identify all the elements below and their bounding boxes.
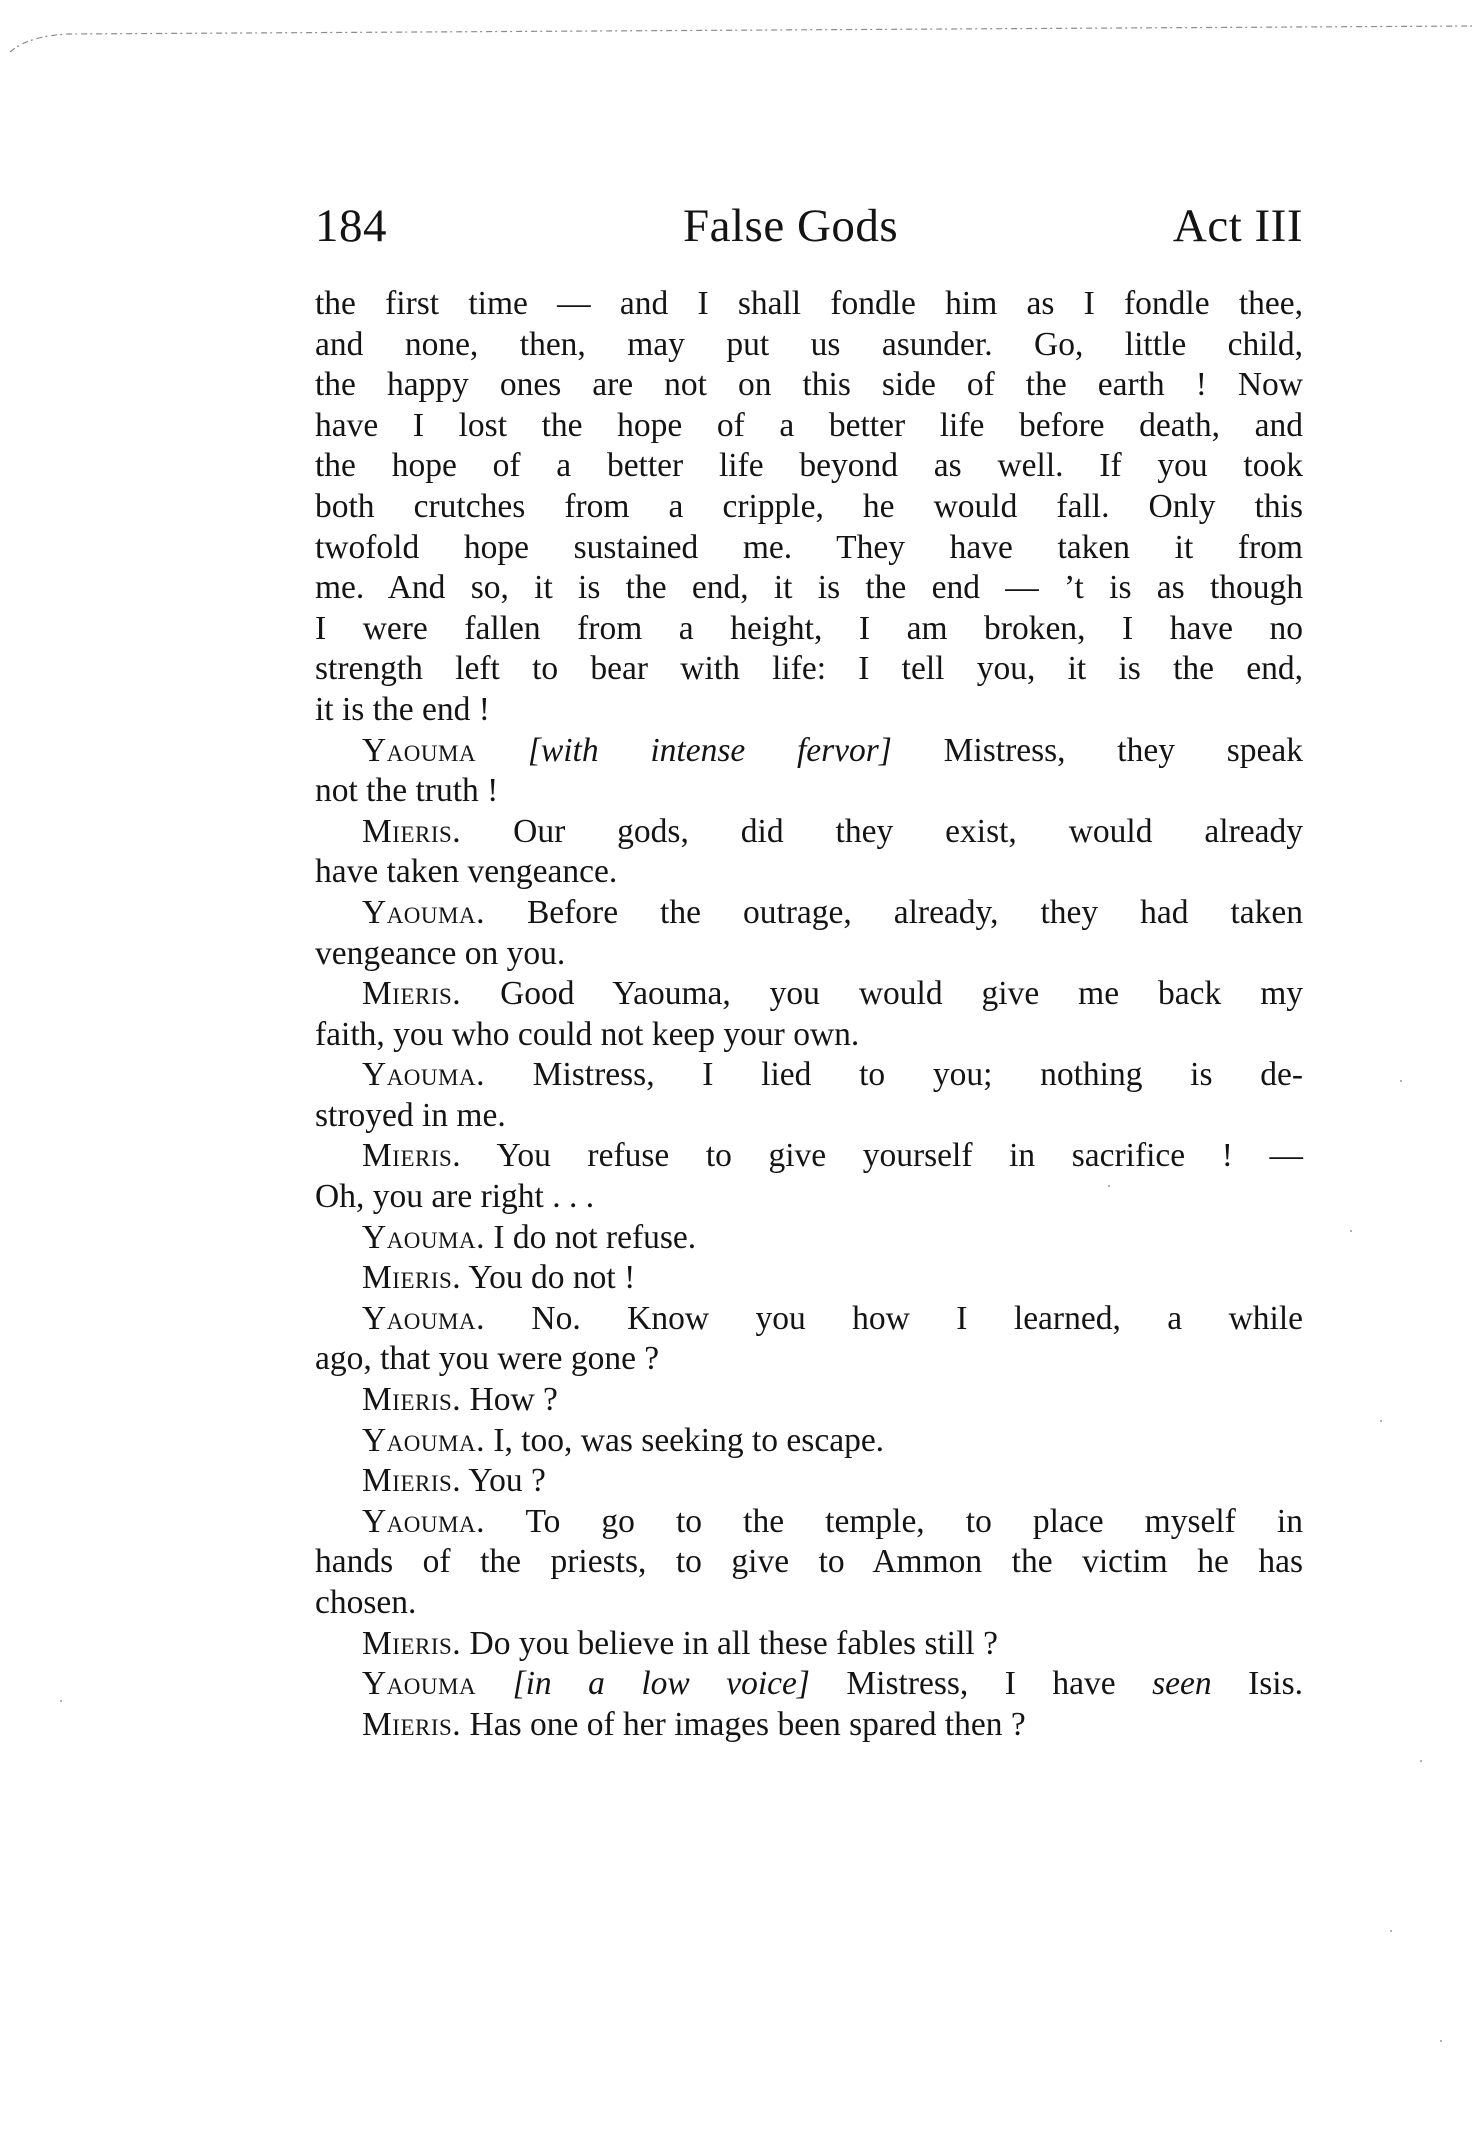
scan-speck xyxy=(60,1700,62,1702)
speech-text: I do not refuse. xyxy=(493,1219,696,1256)
speech-text: I, too, was seeking to escape. xyxy=(493,1422,884,1459)
speaker-name: Yaouma xyxy=(362,732,476,769)
speech-text: Our gods, did they exist, would already xyxy=(513,813,1303,850)
speech-yaouma: Yaouma. No. Know you how I learned, a wh… xyxy=(315,1299,1303,1380)
speech-text: Do you believe in all these fables still… xyxy=(470,1625,998,1662)
speech-text: Has one of her images been spared then ? xyxy=(470,1706,1026,1743)
text-line: I were fallen from a height, I am broken… xyxy=(315,609,1303,650)
text-line: have taken vengeance. xyxy=(315,852,1303,893)
text-line: both crutches from a cripple, he would f… xyxy=(315,487,1303,528)
text-line: hands of the priests, to give to Ammon t… xyxy=(315,1542,1303,1583)
speech-yaouma: Yaouma. Before the outrage, already, the… xyxy=(315,893,1303,974)
book-title: False Gods xyxy=(683,196,898,256)
text-line: it is the end ! xyxy=(315,690,1303,731)
text-line: the hope of a better life beyond as well… xyxy=(315,446,1303,487)
text-line: have I lost the hope of a better life be… xyxy=(315,406,1303,447)
continued-speech: the first time — and I shall fondle him … xyxy=(315,284,1303,731)
speech-text: You ? xyxy=(468,1462,546,1499)
speaker-name: Yaouma. xyxy=(362,1219,485,1256)
speech-text: To go to the temple, to place myself in xyxy=(525,1503,1303,1540)
speaker-name: Yaouma xyxy=(362,1665,476,1702)
speech-yaouma: Yaouma. To go to the temple, to place my… xyxy=(315,1502,1303,1624)
speech-mieris: Mieris. You ? xyxy=(315,1461,1303,1502)
speaker-name: Mieris. xyxy=(362,813,461,850)
speech-mieris: Mieris. You refuse to give yourself in s… xyxy=(315,1136,1303,1217)
speech-text: Mistress, I lied to you; nothing is de- xyxy=(533,1056,1303,1093)
page-edge-line xyxy=(8,22,1472,62)
speaker-name: Mieris. xyxy=(362,1259,461,1296)
speech-mieris: Mieris. Our gods, did they exist, would … xyxy=(315,812,1303,893)
scan-speck xyxy=(1440,2040,1442,2042)
scan-speck xyxy=(1108,1185,1110,1187)
scan-speck xyxy=(1400,1080,1402,1082)
text-line: the first time — and I shall fondle him … xyxy=(315,284,1303,325)
text-line: faith, you who could not keep your own. xyxy=(315,1015,1303,1056)
speech-mieris: Mieris. You do not ! xyxy=(315,1258,1303,1299)
speech-text-part: Isis. xyxy=(1212,1665,1303,1702)
text-line: and none, then, may put us asunder. Go, … xyxy=(315,325,1303,366)
speech-text: Before the outrage, already, they had ta… xyxy=(527,894,1303,931)
scan-speck xyxy=(1380,1420,1382,1422)
scan-speck xyxy=(1390,1930,1392,1932)
speech-text: You do not ! xyxy=(468,1259,635,1296)
stage-direction: [with intense fervor] xyxy=(528,732,892,769)
speech-text: You refuse to give yourself in sacrifice… xyxy=(497,1137,1303,1174)
page-number: 184 xyxy=(315,196,387,256)
speaker-name: Mieris. xyxy=(362,1137,461,1174)
speaker-name: Mieris. xyxy=(362,1706,461,1743)
speech-yaouma: Yaouma [with intense fervor] Mistress, t… xyxy=(315,731,1303,812)
text-line: stroyed in me. xyxy=(315,1096,1303,1137)
scan-speck xyxy=(1420,1760,1422,1762)
speaker-name: Yaouma. xyxy=(362,1503,485,1540)
speech-yaouma: Yaouma. I, too, was seeking to escape. xyxy=(315,1421,1303,1462)
speaker-name: Mieris. xyxy=(362,975,461,1012)
speech-yaouma: Yaouma. I do not refuse. xyxy=(315,1218,1303,1259)
speech-yaouma: Yaouma [in a low voice] Mistress, I have… xyxy=(315,1664,1303,1705)
page-body: the first time — and I shall fondle him … xyxy=(315,284,1303,1745)
speech-mieris: Mieris. Do you believe in all these fabl… xyxy=(315,1624,1303,1665)
speaker-name: Mieris. xyxy=(362,1625,461,1662)
speaker-name: Yaouma. xyxy=(362,1300,485,1337)
text-line: not the truth ! xyxy=(315,771,1303,812)
speaker-name: Mieris. xyxy=(362,1462,461,1499)
speaker-name: Yaouma. xyxy=(362,1422,485,1459)
speech-mieris: Mieris. Has one of her images been spare… xyxy=(315,1705,1303,1746)
emphasis-text: seen xyxy=(1152,1665,1212,1702)
speaker-name: Yaouma. xyxy=(362,1056,485,1093)
speech-text: Mistress, they speak xyxy=(944,732,1303,769)
text-line: ago, that you were gone ? xyxy=(315,1339,1303,1380)
text-line: the happy ones are not on this side of t… xyxy=(315,365,1303,406)
stage-direction: [in a low voice] xyxy=(513,1665,810,1702)
text-line: Oh, you are right . . . xyxy=(315,1177,1303,1218)
text-line: twofold hope sustained me. They have tak… xyxy=(315,528,1303,569)
speech-text: Mistress, I have seen Isis. xyxy=(846,1665,1303,1702)
speech-yaouma: Yaouma. Mistress, I lied to you; nothing… xyxy=(315,1055,1303,1136)
scan-speck xyxy=(1350,1230,1352,1232)
speech-text: Good Yaouma, you would give me back my xyxy=(500,975,1303,1012)
text-line: me. And so, it is the end, it is the end… xyxy=(315,568,1303,609)
text-line: vengeance on you. xyxy=(315,934,1303,975)
speech-text: How ? xyxy=(470,1381,558,1418)
speaker-name: Mieris. xyxy=(362,1381,461,1418)
act-label: Act III xyxy=(1173,196,1303,256)
text-line: chosen. xyxy=(315,1583,1303,1624)
speech-text-part: Mistress, I have xyxy=(846,1665,1152,1702)
speaker-name: Yaouma. xyxy=(362,894,485,931)
speech-text: No. Know you how I learned, a while xyxy=(531,1300,1303,1337)
text-line: strength left to bear with life: I tell … xyxy=(315,649,1303,690)
speech-mieris: Mieris. How ? xyxy=(315,1380,1303,1421)
speech-mieris: Mieris. Good Yaouma, you would give me b… xyxy=(315,974,1303,1055)
running-header: 184 False Gods Act III xyxy=(315,196,1303,256)
